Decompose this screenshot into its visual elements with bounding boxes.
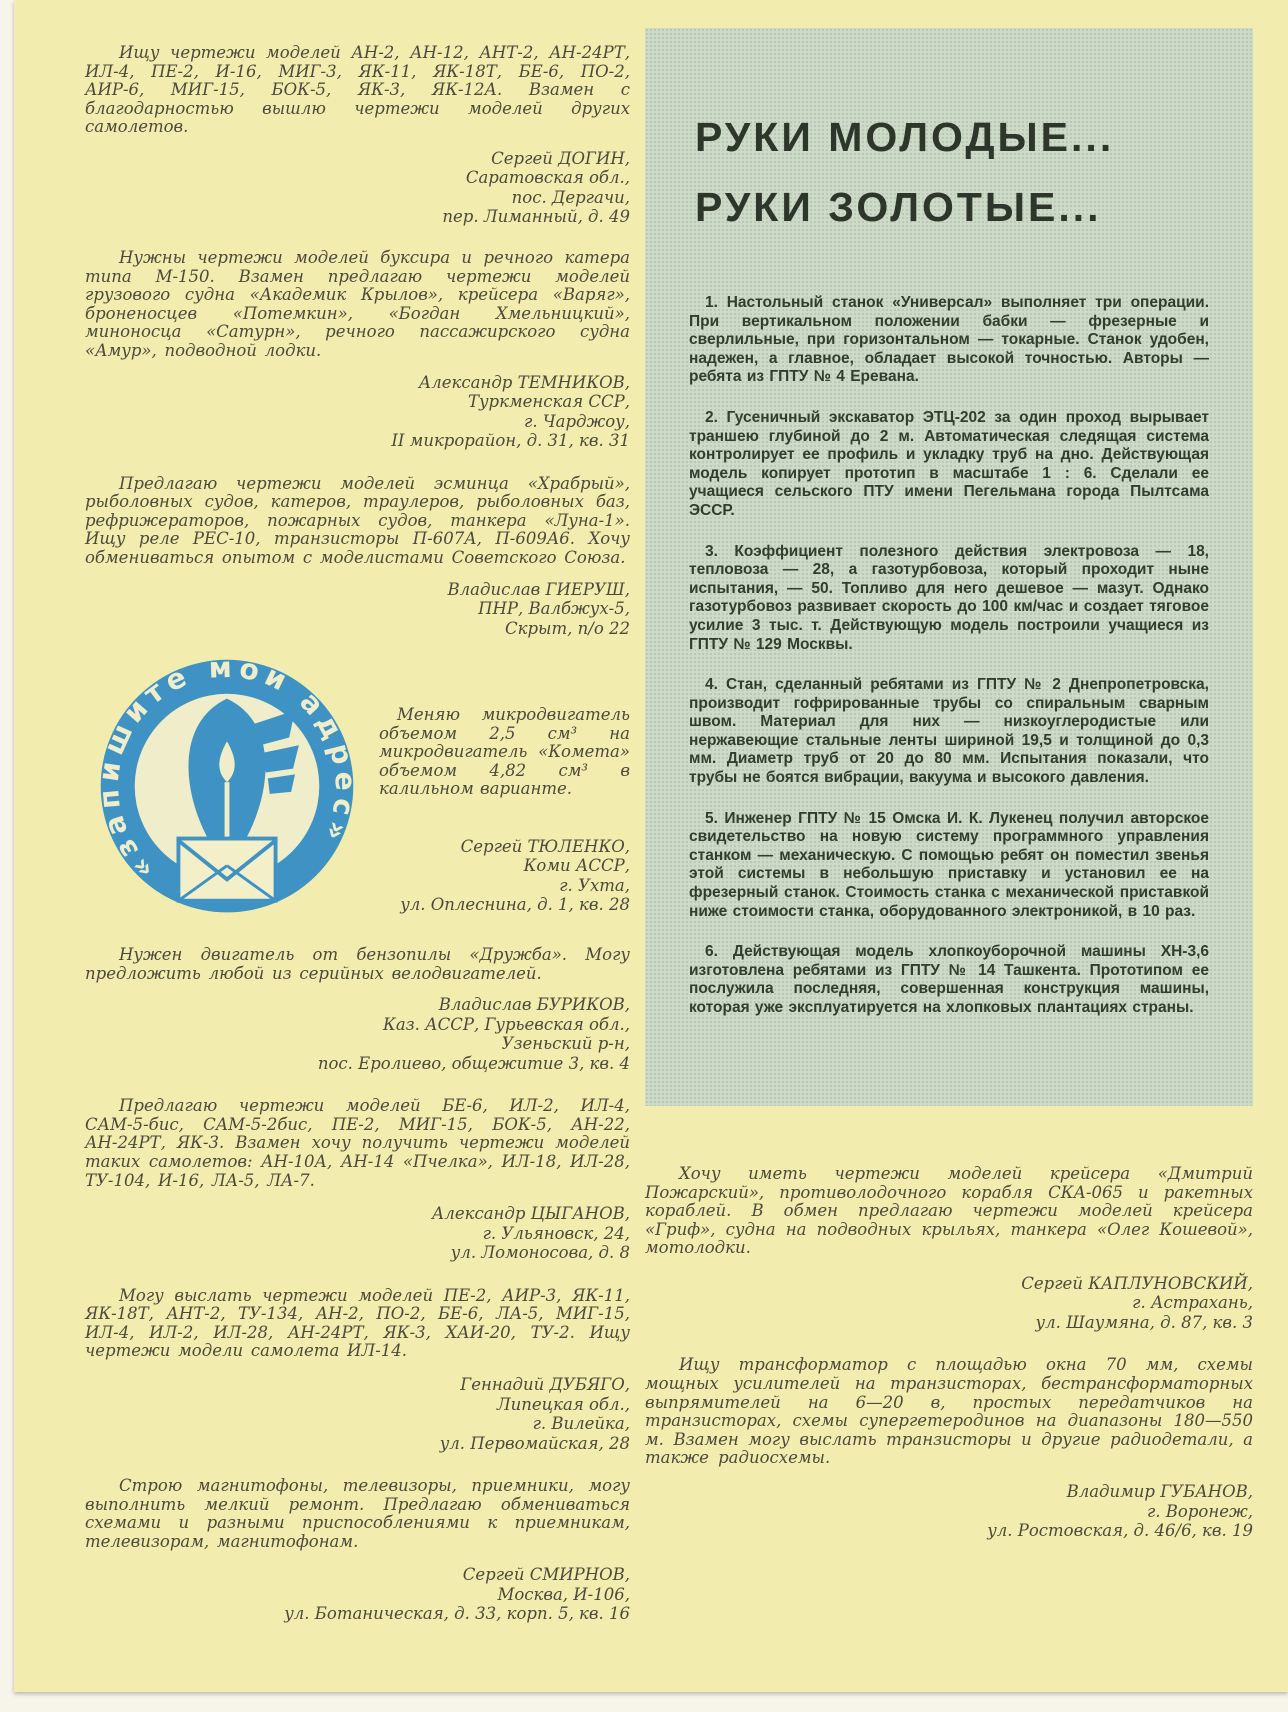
ad-signature: Владислав БУРИКОВ, Каз. АССР, Гурьевская… [85,995,630,1073]
signature-name: Геннадий ДУБЯГО, [85,1375,630,1395]
ad-text: Предлагаю чертежи моделей БЕ-6, ИЛ-2, ИЛ… [85,1097,630,1190]
signature-name: Владислав ГИЕРУШ, [85,580,630,600]
ad-signature: Сергей КАПЛУНОВСКИЙ, г. Астрахань, ул. Ш… [645,1274,1253,1333]
signature-address-line: г. Ухта, [379,876,630,896]
feature-title: РУКИ МОЛОДЫЕ... РУКИ ЗОЛОТЫЕ... [695,102,1209,242]
ad-text: Нужны чертежи моделей буксира и речного … [85,249,630,361]
feature-title-line2: РУКИ ЗОЛОТЫЕ... [695,184,1102,230]
signature-address-line: Москва, И-106, [85,1585,630,1605]
signature-address-line: пос. Дергачи, [85,188,630,208]
signature-address-line: г. Чарджоу, [85,412,630,432]
ad-text: Строю магнитофоны, телевизоры, приемники… [85,1477,630,1551]
signature-address-line: ул. Первомайская, 28 [85,1434,630,1454]
signature-address-line: пер. Лиманный, д. 49 [85,207,630,227]
stamp-side-ad: Меняю микродвигатель объемом 2,5 см³ на … [379,648,630,930]
envelope-icon [178,839,275,901]
signature-name: Владислав БУРИКОВ, [85,995,630,1015]
feature-item-6: 6. Действующая модель хлопкоуборочной ма… [689,943,1209,1017]
signature-address-line: ул. Оплеснина, д. 1, кв. 28 [379,895,630,915]
ad-signature: Владимир ГУБАНОВ, г. Воронеж, ул. Ростов… [645,1482,1253,1541]
signature-address-line: Липецкая обл., [85,1395,630,1415]
signature-name: Сергей КАПЛУНОВСКИЙ, [645,1274,1253,1294]
feature-item-2: 2. Гусеничный экскаватор ЭТЦ-202 за один… [689,409,1209,521]
signature-name: Александр ЦЫГАНОВ, [85,1204,630,1224]
signature-address-line: ул. Ботаническая, д. 33, корп. 5, кв. 16 [85,1604,630,1624]
feature-title-line1: РУКИ МОЛОДЫЕ... [695,114,1114,160]
classifieds-left-column: Ищу чертежи моделей АН-2, АН-12, АНТ-2, … [85,44,630,1624]
signature-name: Сергей ДОГИН, [85,149,630,169]
signature-name: Владимир ГУБАНОВ, [645,1482,1253,1502]
signature-address-line: Саратовская обл., [85,168,630,188]
signature-address-line: г. Вилейка, [85,1414,630,1434]
signature-address-line: II микрорайон, д. 31, кв. 31 [85,431,630,451]
ad-text: Хочу иметь чертежи моделей крейсера «Дми… [645,1165,1253,1258]
signature-name: Александр ТЕМНИКОВ, [85,373,630,393]
signature-address-line: г. Воронеж, [645,1502,1253,1522]
ad-text: Нужен двигатель от бензопилы «Дружба». М… [85,946,630,983]
signature-address-line: г. Астрахань, [645,1293,1253,1313]
ad-signature: Владислав ГИЕРУШ, ПНР, Валбжух-5, Скрыт,… [85,580,630,639]
signature-address-line: Скрыт, п/о 22 [85,619,630,639]
ad-text: Могу выслать чертежи моделей ПЕ-2, АИР-3… [85,1287,630,1361]
ad-signature: Сергей ТЮЛЕНКО, Коми АССР, г. Ухта, ул. … [379,837,630,915]
ad-signature: Сергей ДОГИН, Саратовская обл., пос. Дер… [85,149,630,227]
signature-name: Сергей ТЮЛЕНКО, [379,837,630,857]
signature-address-line: Коми АССР, [379,856,630,876]
classifieds-right-column: Хочу иметь чертежи моделей крейсера «Дми… [645,1165,1253,1541]
write-my-address-stamp-icon: «запишите мой адрес» [91,648,363,930]
signature-address-line: пос. Еролиево, общежитие 3, кв. 4 [85,1054,630,1074]
stamp-and-ad-row: «запишите мой адрес» Меняю микродвигател… [85,648,630,930]
feature-item-5: 5. Инженер ГПТУ № 15 Омска И. К. Лукенец… [689,810,1209,922]
feature-item-1: 1. Настольный станок «Универсал» выполня… [689,294,1209,387]
ad-signature: Александр ЦЫГАНОВ, г. Ульяновск, 24, ул.… [85,1204,630,1263]
signature-name: Сергей СМИРНОВ, [85,1565,630,1585]
signature-address-line: Туркменская ССР, [85,392,630,412]
feature-item-4: 4. Стан, сделанный ребятами из ГПТУ № 2 … [689,676,1209,788]
signature-address-line: ПНР, Валбжух-5, [85,599,630,619]
signature-address-line: Каз. АССР, Гурьевская обл., [85,1015,630,1035]
ad-text: Ищу чертежи моделей АН-2, АН-12, АНТ-2, … [85,44,630,137]
signature-address-line: ул. Ломоносова, д. 8 [85,1243,630,1263]
ad-text: Ищу трансформатор с площадью окна 70 мм,… [645,1356,1253,1468]
feature-item-3: 3. Коэффициент полезного действия электр… [689,543,1209,655]
ad-signature: Геннадий ДУБЯГО, Липецкая обл., г. Вилей… [85,1375,630,1453]
ad-text: Предлагаю чертежи моделей эсминца «Храбр… [85,475,630,568]
ad-signature: Александр ТЕМНИКОВ, Туркменская ССР, г. … [85,373,630,451]
ad-text: Меняю микродвигатель объемом 2,5 см³ на … [379,706,630,799]
signature-address-line: г. Ульяновск, 24, [85,1224,630,1244]
feature-box-young-hands: РУКИ МОЛОДЫЕ... РУКИ ЗОЛОТЫЕ... 1. Насто… [645,28,1253,1106]
signature-address-line: Узеньский р-н, [85,1034,630,1054]
ad-signature: Сергей СМИРНОВ, Москва, И-106, ул. Ботан… [85,1565,630,1624]
signature-address-line: ул. Ростовская, д. 46/6, кв. 19 [645,1521,1253,1541]
signature-address-line: ул. Шаумяна, д. 87, кв. 3 [645,1313,1253,1333]
